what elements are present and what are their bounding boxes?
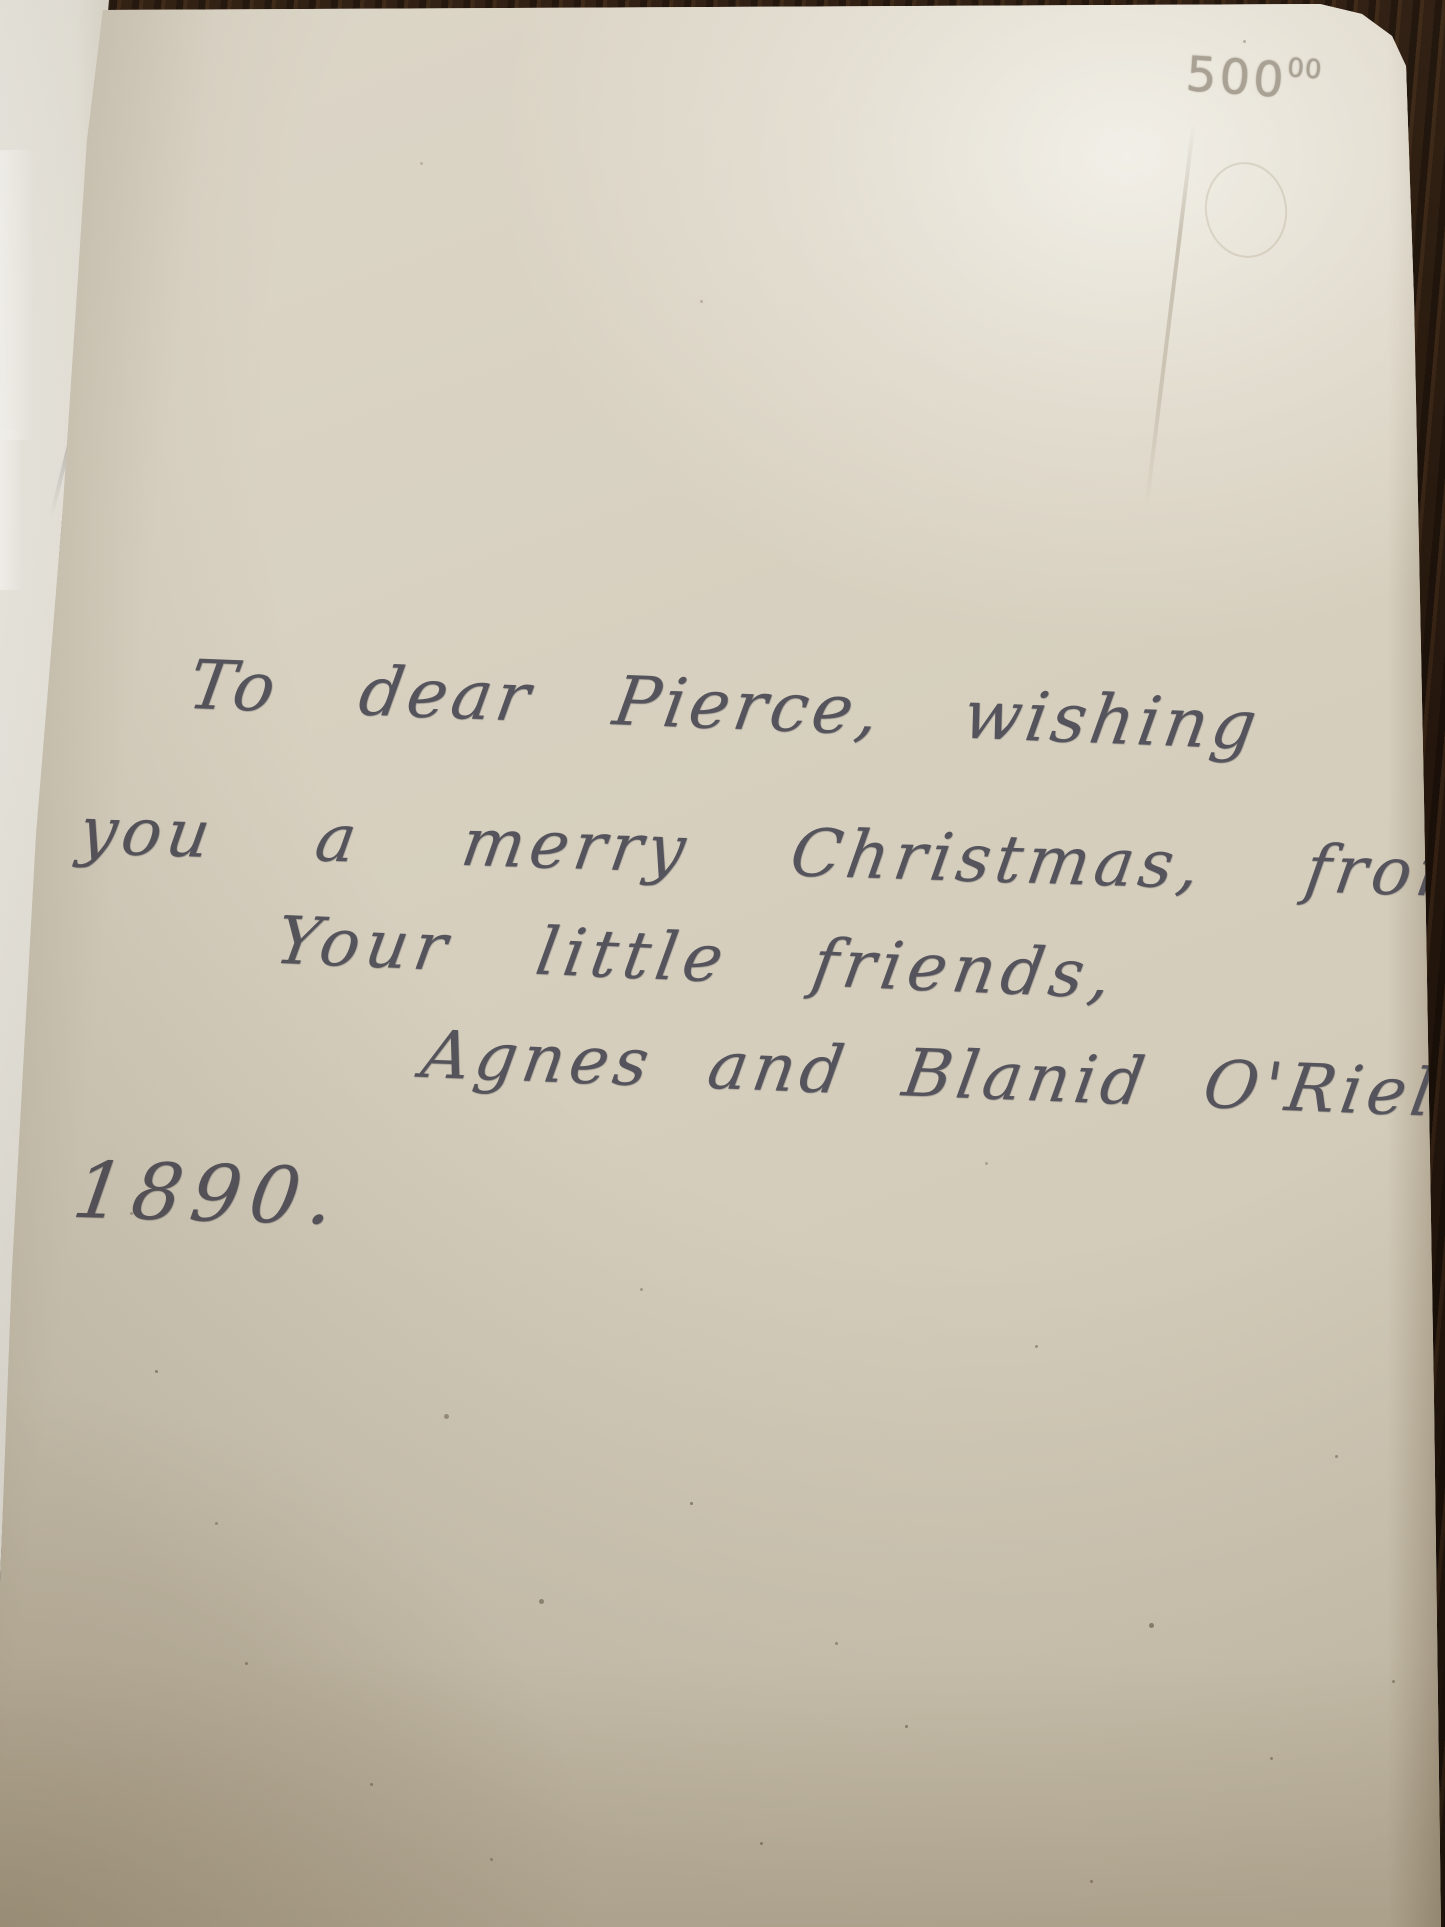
inscription-line-1: To dear Pierce, wishing <box>184 652 1265 761</box>
faint-ring-mark <box>1199 157 1294 263</box>
page-edge-highlight <box>0 150 34 440</box>
inscription-line-3: Your little friends, <box>271 908 1122 1009</box>
inscription-line-4: Agnes and Blanid O'Rielly <box>417 1022 1445 1129</box>
paper-crease <box>1144 121 1195 509</box>
book-page: 50000 To dear Pierce, wishing you a merr… <box>0 0 1445 1927</box>
inscription-line-2: you a merry Christmas, from <box>75 798 1445 908</box>
price-marking: 50000 <box>1184 46 1323 111</box>
page-edge-highlight <box>0 430 22 590</box>
photo-of-book-page: 50000 To dear Pierce, wishing you a merr… <box>0 0 1445 1927</box>
price-superscript: 00 <box>1286 53 1323 85</box>
inscription-line-5: 1890. <box>68 1152 348 1237</box>
price-amount: 500 <box>1184 46 1288 109</box>
